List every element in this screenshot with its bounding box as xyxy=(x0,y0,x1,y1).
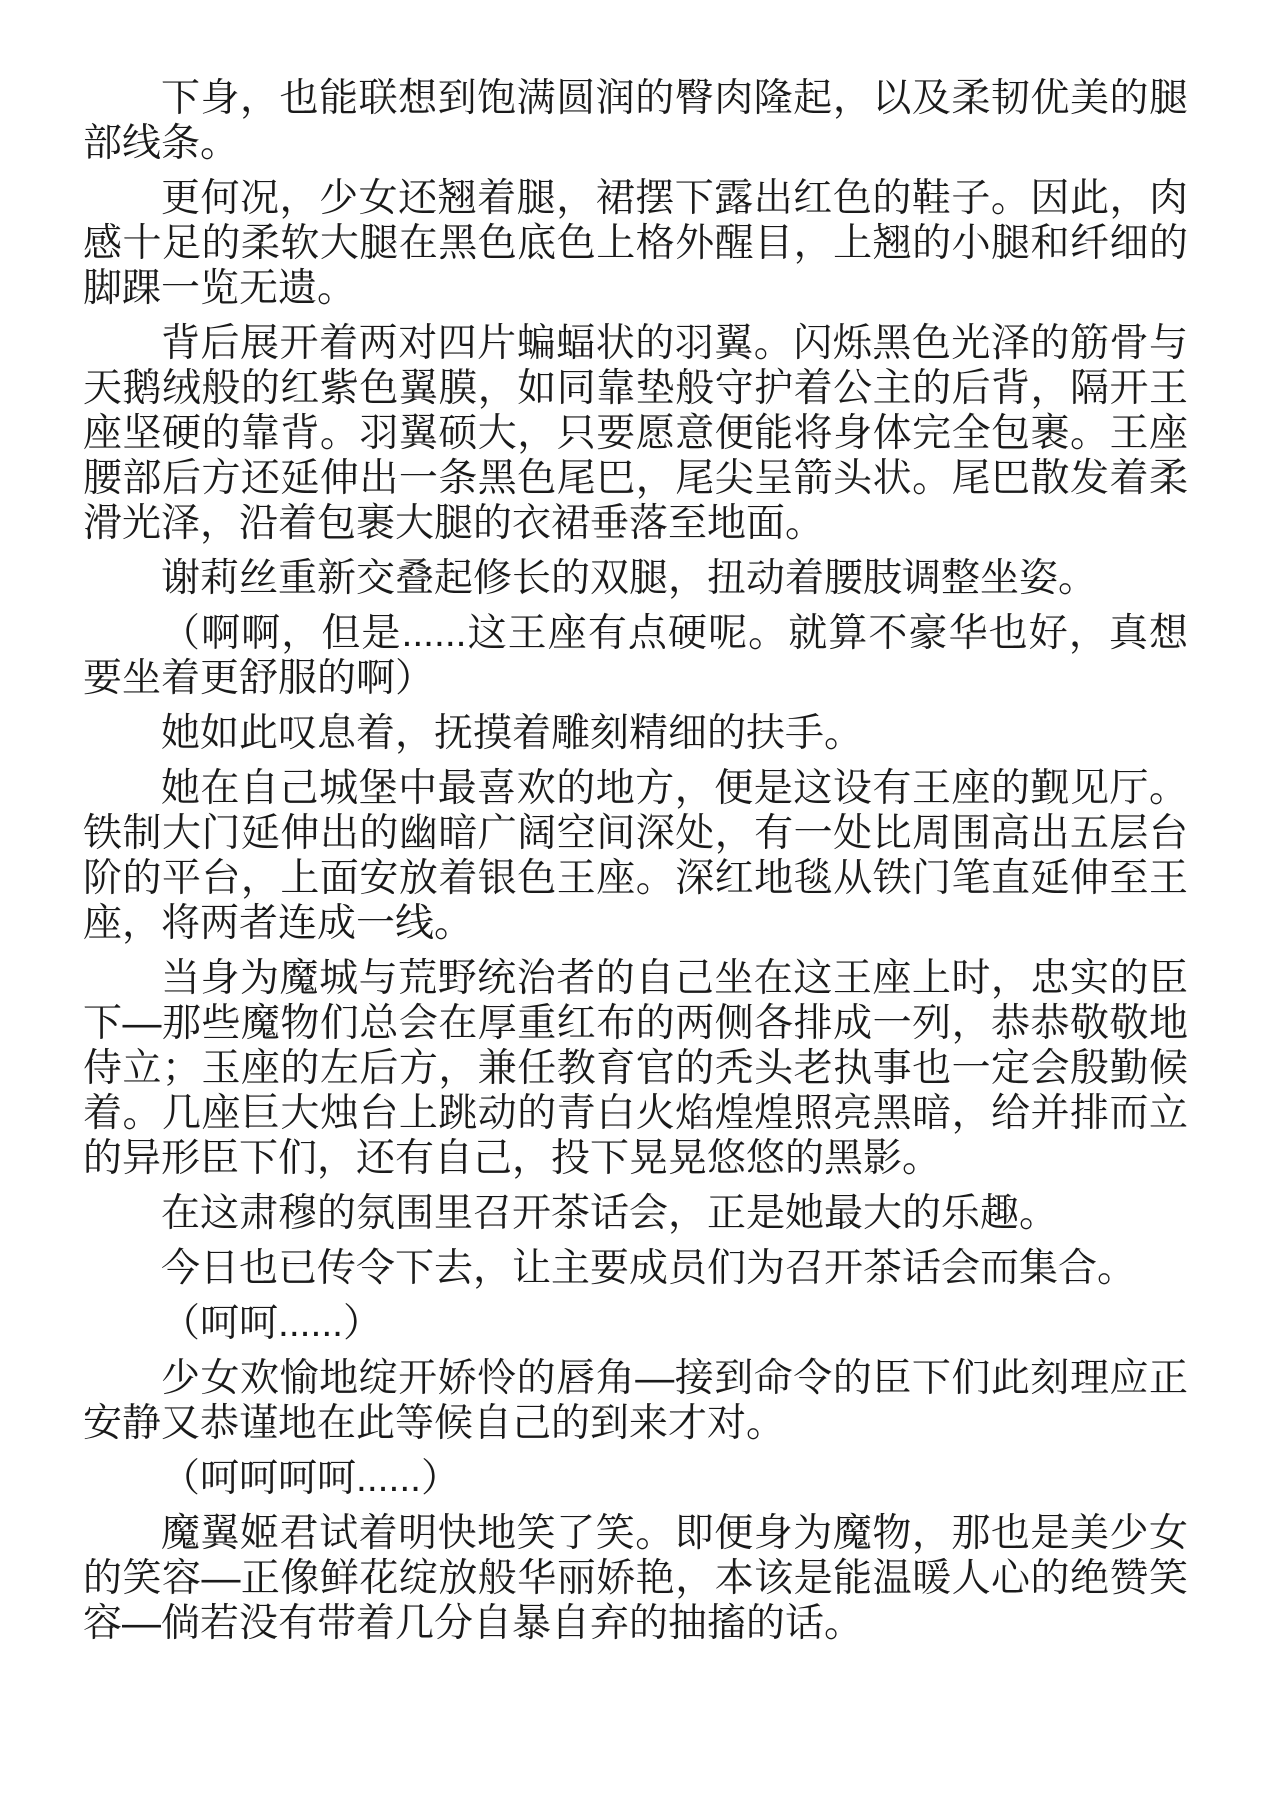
paragraph: （呵呵......） xyxy=(83,1301,1188,1346)
paragraph: 少女欢愉地绽开娇怜的唇角—接到命令的臣下们此刻理应正安静又恭谨地在此等候自己的到… xyxy=(83,1356,1188,1446)
paragraph: （呵呵呵呵......） xyxy=(83,1456,1188,1501)
paragraph: 谢莉丝重新交叠起修长的双腿，扭动着腰肢调整坐姿。 xyxy=(83,556,1188,601)
paragraph: 魔翼姬君试着明快地笑了笑。即便身为魔物，那也是美少女的笑容—正像鲜花绽放般华丽娇… xyxy=(83,1511,1188,1646)
paragraph: （啊啊，但是......这王座有点硬呢。就算不豪华也好，真想要坐着更舒服的啊） xyxy=(83,611,1188,701)
paragraph: 更何况，少女还翘着腿，裙摆下露出红色的鞋子。因此，肉感十足的柔软大腿在黑色底色上… xyxy=(83,176,1188,311)
paragraph: 当身为魔城与荒野统治者的自己坐在这王座上时，忠实的臣下—那些魔物们总会在厚重红布… xyxy=(83,956,1188,1181)
paragraph: 在这肃穆的氛围里召开茶话会，正是她最大的乐趣。 xyxy=(83,1191,1188,1236)
novel-text-body: 下身，也能联想到饱满圆润的臀肉隆起，以及柔韧优美的腿部线条。更何况，少女还翘着腿… xyxy=(83,76,1188,1656)
paragraph: 下身，也能联想到饱满圆润的臀肉隆起，以及柔韧优美的腿部线条。 xyxy=(83,76,1188,166)
paragraph: 她在自己城堡中最喜欢的地方，便是这设有王座的觐见厅。铁制大门延伸出的幽暗广阔空间… xyxy=(83,766,1188,946)
document-page: 下身，也能联想到饱满圆润的臀肉隆起，以及柔韧优美的腿部线条。更何况，少女还翘着腿… xyxy=(0,0,1280,1818)
paragraph: 背后展开着两对四片蝙蝠状的羽翼。闪烁黑色光泽的筋骨与天鹅绒般的红紫色翼膜，如同靠… xyxy=(83,321,1188,546)
paragraph: 今日也已传令下去，让主要成员们为召开茶话会而集合。 xyxy=(83,1246,1188,1291)
paragraph: 她如此叹息着，抚摸着雕刻精细的扶手。 xyxy=(83,711,1188,756)
